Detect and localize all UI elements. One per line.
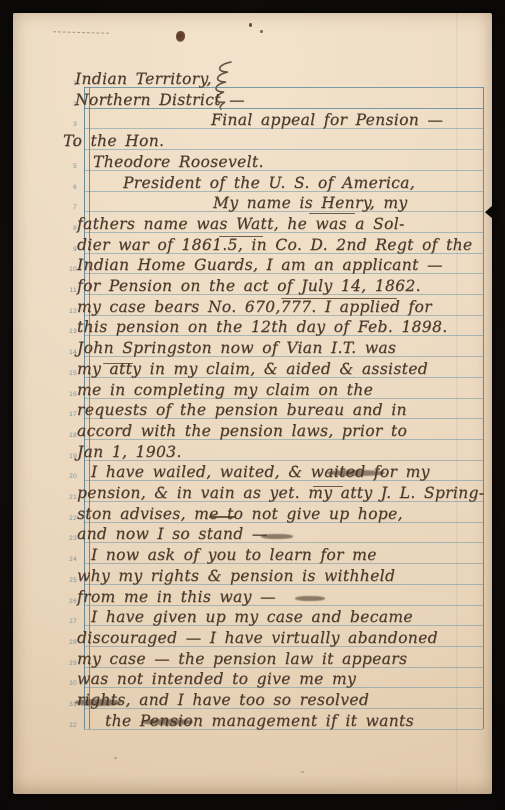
line-number: 24: [55, 556, 77, 564]
ink-smudge: [75, 699, 121, 706]
paper-sheet: 1234567891011121314151617181920212223242…: [13, 13, 492, 794]
manuscript-line: for Pension on the act of July 14, 1862.: [77, 276, 421, 296]
line-number: 14: [55, 349, 77, 357]
manuscript-line: rights, and I have too so resolved: [77, 690, 369, 710]
ink-smudge: [141, 719, 193, 725]
manuscript-line: I have given up my case and became: [91, 607, 413, 627]
manuscript-line: President of the U. S. of America,: [123, 173, 415, 193]
manuscript-line: my case bears No. 670,777. I applied for: [77, 297, 432, 317]
ink-strike: [209, 516, 235, 518]
manuscript-line: Theodore Roosevelt.: [93, 152, 264, 172]
manuscript-line: me in completing my claim on the: [77, 380, 373, 400]
manuscript-line: why my rights & pension is withheld: [77, 566, 395, 586]
manuscript-line: dier war of 1861.5, in Co. D. 2nd Regt o…: [77, 235, 472, 255]
line-number: 12: [55, 308, 77, 316]
line-number: 16: [55, 391, 77, 399]
manuscript-line: Northern District —: [75, 90, 245, 110]
line-number: 17: [55, 411, 77, 419]
paper-speck: [260, 30, 263, 33]
manuscript-line: Final appeal for Pension —: [211, 110, 443, 130]
line-number: 28: [55, 639, 77, 647]
line-number: 20: [55, 473, 77, 481]
line-number: 27: [55, 618, 77, 626]
manuscript-line: requests of the pension bureau and in: [77, 400, 407, 420]
right-margin-rule: [483, 87, 484, 729]
line-number: 9: [55, 246, 77, 254]
manuscript-line: Jan 1, 1903.: [77, 442, 182, 462]
line-number: 3: [55, 121, 77, 129]
line-number: 1: [55, 80, 77, 88]
manuscript-line: ston advises, me to not give up hope,: [77, 504, 403, 524]
line-number: 7: [55, 204, 77, 212]
line-number: 21: [55, 494, 77, 502]
line-number: 5: [55, 163, 77, 171]
line-number: 15: [55, 370, 77, 378]
line-number: 25: [55, 577, 77, 585]
line-number: 10: [55, 266, 77, 274]
line-number: 2: [55, 101, 77, 109]
manuscript-line: from me in this way —: [77, 587, 276, 607]
line-number: 23: [55, 535, 77, 543]
line-number: 32: [55, 722, 77, 730]
manuscript-line: was not intended to give me my: [77, 669, 356, 689]
ink-smudge: [261, 534, 293, 539]
manuscript-line: To the Hon.: [63, 131, 164, 151]
manuscript-line: accord with the pension laws, prior to: [77, 421, 407, 441]
paper-edge-notch: [485, 205, 493, 219]
manuscript-line: I now ask of you to learn for me: [91, 545, 377, 565]
ink-smudge: [295, 596, 325, 601]
line-number: 22: [55, 515, 77, 523]
manuscript-line: my case — the pension law it appears: [77, 649, 407, 669]
line-number: 19: [55, 453, 77, 461]
manuscript-line: fathers name was Watt, he was a Sol-: [77, 214, 405, 234]
paper-speck: [114, 757, 117, 759]
paper-speck: [249, 23, 252, 27]
line-number: 11: [55, 287, 77, 295]
line-number: 13: [55, 328, 77, 336]
line-number: 29: [55, 660, 77, 668]
line-number: 30: [55, 680, 77, 688]
line-number: 31: [55, 701, 77, 709]
manuscript-line: Indian Home Guards, I am an applicant —: [77, 255, 443, 275]
line-number: 8: [55, 225, 77, 233]
vertical-fold-crease: [456, 13, 459, 794]
paper-speck: [301, 771, 304, 773]
ink-spot-top: [176, 31, 185, 42]
line-number: 26: [55, 598, 77, 606]
manuscript-line: this pension on the 12th day of Feb. 189…: [77, 317, 447, 337]
manuscript-line: pension, & in vain as yet. my atty J. L.…: [77, 483, 484, 503]
manuscript-line: and now I so stand —: [77, 524, 268, 544]
manuscript-line: Indian Territory,: [75, 69, 212, 89]
ink-smudge: [327, 470, 385, 476]
manuscript-line: discouraged — I have virtually abandoned: [77, 628, 438, 648]
paper-scratch-top-left: [53, 31, 109, 38]
manuscript-line: My name is Henry, my: [213, 193, 408, 213]
line-number: 18: [55, 432, 77, 440]
line-number: 6: [55, 184, 77, 192]
manuscript-line: John Springston now of Vian I.T. was: [77, 338, 396, 358]
manuscript-line: my atty in my claim, & aided & assisted: [77, 359, 428, 379]
